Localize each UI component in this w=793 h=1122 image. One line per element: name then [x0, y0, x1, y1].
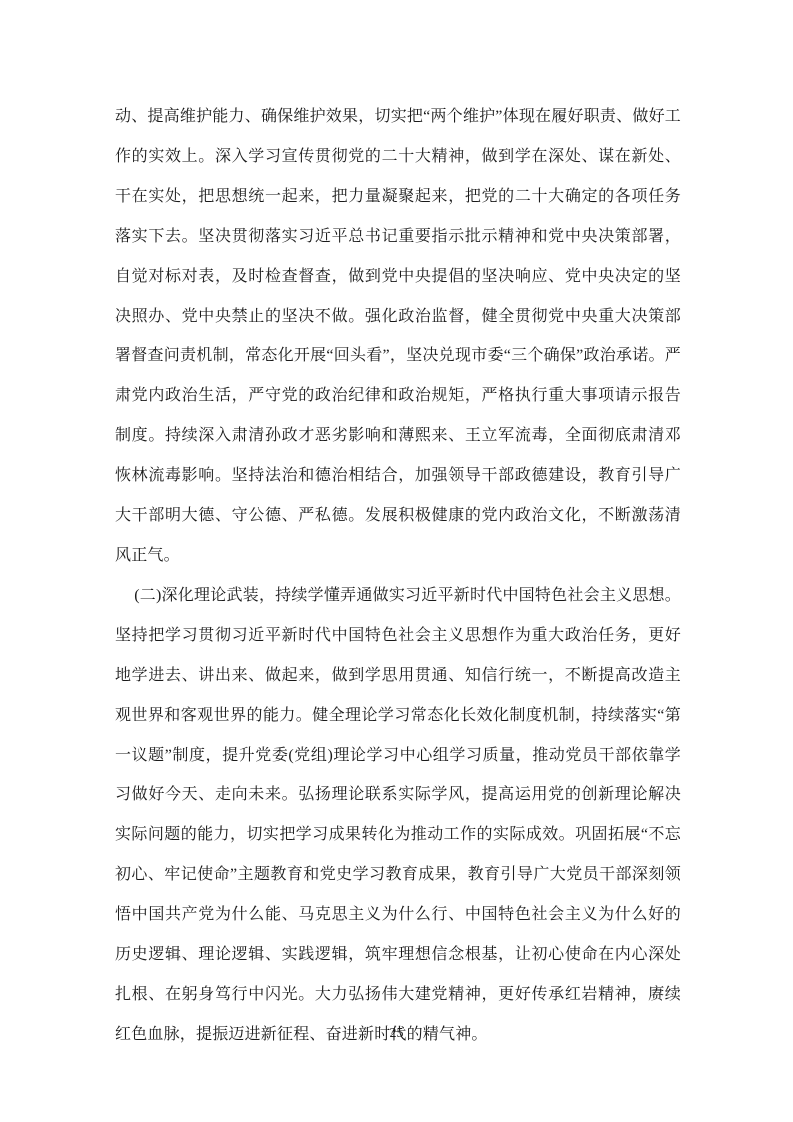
document-page: 动、提高维护能力、确保维护效果，切实把“两个维护”体现在履好职责、做好工作的实效… [0, 0, 793, 1122]
paragraph-continued: 动、提高维护能力、确保维护效果，切实把“两个维护”体现在履好职责、做好工作的实效… [115, 97, 681, 576]
document-body-text: 动、提高维护能力、确保维护效果，切实把“两个维护”体现在履好职责、做好工作的实效… [115, 97, 681, 1055]
page-number: 25 [0, 1024, 793, 1044]
paragraph-section-2: (二)深化理论武装，持续学懂弄通做实习近平新时代中国特色社会主义思想。坚持把学习… [115, 576, 681, 1055]
